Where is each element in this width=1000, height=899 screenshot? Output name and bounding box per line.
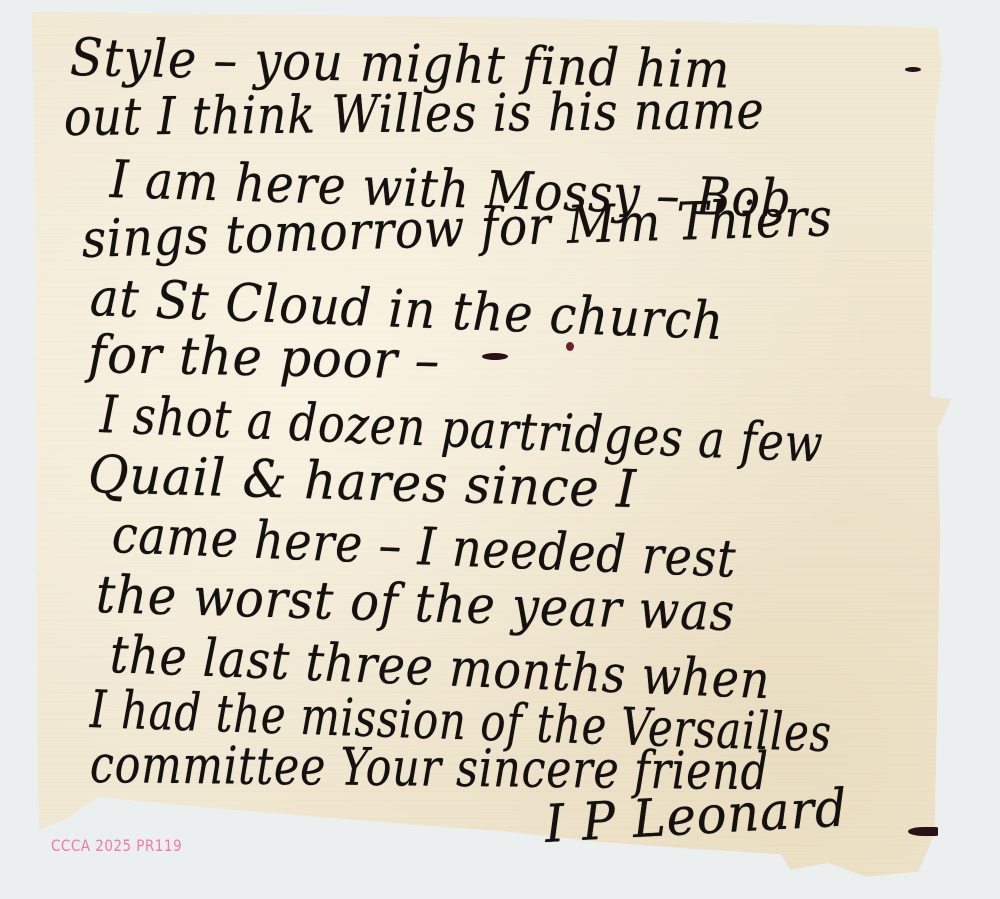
ink-blot (908, 827, 938, 836)
ink-blot (905, 67, 921, 72)
letter-line-6: for the poor – (88, 325, 441, 391)
ink-blot (482, 353, 508, 360)
ink-blot (566, 342, 574, 351)
letter-line-2: out I think Willes is his name (64, 81, 765, 148)
scanned-letter: Style – you might find him out I think W… (0, 0, 1000, 899)
collection-watermark: CCCA 2025 PR119 (51, 836, 182, 855)
